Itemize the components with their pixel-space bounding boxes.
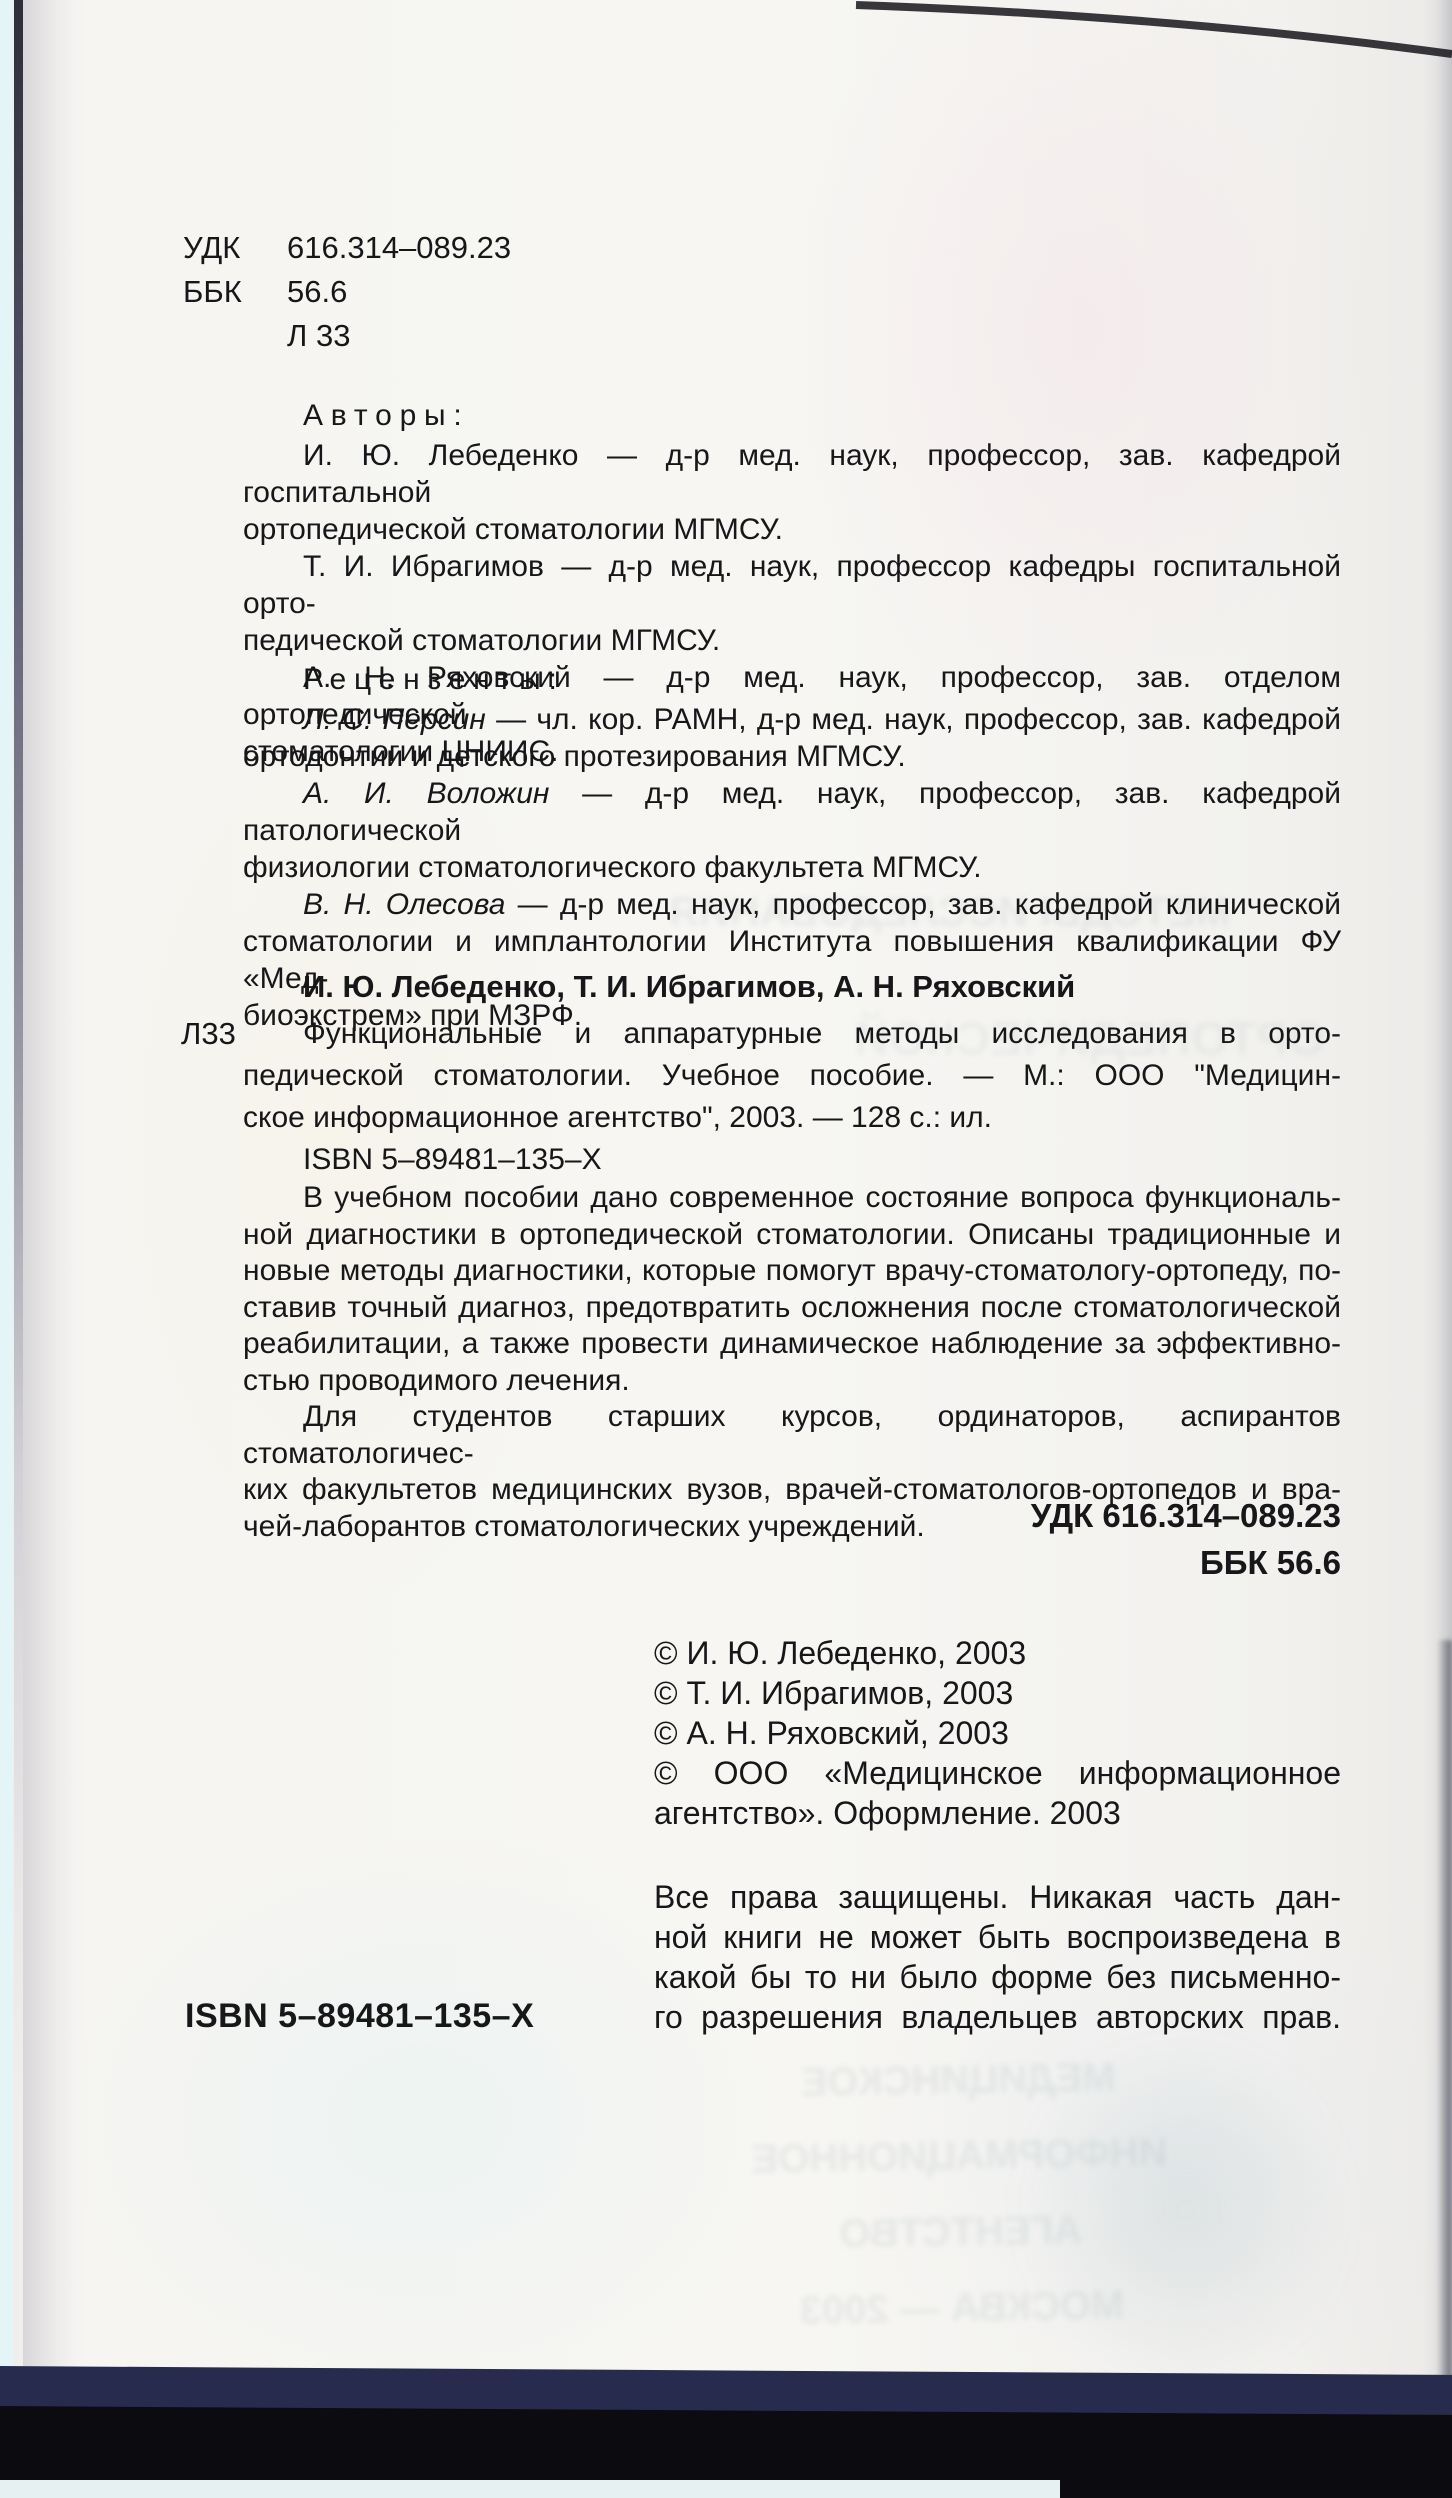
text-line: педической стоматологии. Учебное пособие…	[243, 1055, 1341, 1097]
authors-heading: Авторы:	[303, 399, 470, 433]
cutter-spacer	[183, 314, 287, 358]
top-right-corner-crease	[0, 0, 1452, 80]
text-line: реабилитации, а также провести динамичес…	[243, 1326, 1341, 1363]
text-line: педической стоматологии МГМСУ.	[243, 622, 1341, 659]
udk-label: УДК	[183, 226, 287, 270]
catalog-isbn: ISBN 5–89481–135–X	[243, 1139, 1341, 1181]
reviewer-entry: Л. С. Персин — чл. кор. РАМН, д-р мед. н…	[243, 701, 1341, 775]
text-line: Для студентов старших курсов, ординаторо…	[243, 1399, 1341, 1472]
text-line: го разрешения владельцев авторских прав.	[654, 1997, 1341, 2037]
text-line: стью проводимого лечения.	[243, 1363, 1341, 1400]
isbn-number: ISBN 5–89481–135–X	[185, 1997, 534, 2036]
catalog-entry: Функциональные и аппаратурные методы исс…	[243, 1013, 1341, 1181]
left-edge-shading	[23, 0, 78, 2370]
reviewer-entry: А. И. Воложин — д-р мед. наук, профессор…	[243, 775, 1341, 886]
reviewers-heading: Рецензенты:	[303, 663, 565, 697]
bleedthrough-figure-ghost	[1020, 2040, 1350, 2380]
text-line: ной книги не может быть воспроизведена в	[654, 1917, 1341, 1957]
annotation-paragraph: В учебном пособии дано современное состо…	[243, 1180, 1341, 1399]
classification-codes-right: УДК 616.314–089.23 ББК 56.6	[243, 1492, 1341, 1586]
cutter-row: Л 33	[183, 314, 511, 358]
reviewer-name: В. Н. Олесова	[303, 888, 505, 921]
author-entry: Т. И. Ибрагимов — д-р мед. наук, професс…	[243, 548, 1341, 659]
reviewer-entry: В. Н. Олесова — д-р мед. наук, профессор…	[243, 886, 1341, 1034]
bbk-value: 56.6	[287, 270, 511, 314]
catalog-description: Функциональные и аппаратурные методы исс…	[243, 1013, 1341, 1139]
text-line: агентство». Оформление. 2003	[654, 1793, 1341, 1833]
reviewer-name: Л. С. Персин	[303, 703, 486, 736]
text-line: © ООО «Медицинское информационное	[654, 1753, 1341, 1793]
text-line: © И. Ю. Лебеденко, 2003	[654, 1633, 1341, 1673]
bbk-row: ББК 56.6	[183, 270, 511, 314]
text-line: физиологии стоматологического факультета…	[243, 849, 1341, 886]
scan-left-edge-strip	[0, 0, 13, 2498]
text-line: ной диагностики в ортопедической стомато…	[243, 1217, 1341, 1254]
text-line: ставив точный диагноз, предотвратить осл…	[243, 1290, 1341, 1327]
bbk-line: ББК 56.6	[243, 1539, 1341, 1586]
text-line: © А. Н. Ряховский, 2003	[654, 1713, 1341, 1753]
text-line: А. И. Воложин — д-р мед. наук, профессор…	[243, 775, 1341, 849]
text-line: В учебном пособии дано современное состо…	[243, 1180, 1341, 1217]
udk-row: УДК 616.314–089.23	[183, 226, 511, 270]
reviewer-name: А. И. Воложин	[303, 777, 549, 810]
bbk-label: ББК	[183, 270, 287, 314]
cutter-number: Л 33	[287, 314, 511, 358]
classification-codes: УДК 616.314–089.23 ББК 56.6 Л 33	[183, 226, 511, 358]
text-line: Т. И. Ибрагимов — д-р мед. наук, професс…	[243, 548, 1341, 622]
text-line: © Т. И. Ибрагимов, 2003	[654, 1673, 1341, 1713]
text-line: какой бы то ни было форме без письменно-	[654, 1957, 1341, 1997]
catalog-cutter-number: Л33	[181, 1013, 236, 1055]
text-line: ортопедической стоматологии МГМСУ.	[243, 511, 1341, 548]
scanned-book-imprint-page: МЕТОДЫ ИССЛЕДОВАНИЯ ОРТОПЕДИЧЕСКОЙ МЕДИЦ…	[0, 0, 1452, 2498]
udk-value: 616.314–089.23	[287, 226, 511, 270]
bottom-light-strip	[0, 2480, 1060, 2498]
catalog-authors-line: И. Ю. Лебеденко, Т. И. Ибрагимов, А. Н. …	[303, 969, 1075, 1005]
right-edge-dark-sliver	[1437, 1640, 1452, 2380]
udk-line: УДК 616.314–089.23	[243, 1492, 1341, 1539]
text-line: В. Н. Олесова — д-р мед. наук, профессор…	[243, 886, 1341, 923]
author-entry: И. Ю. Лебеденко — д-р мед. наук, професс…	[243, 437, 1341, 548]
text-line: ортодонтии и детского протезирования МГМ…	[243, 738, 1341, 775]
copyright-block: © И. Ю. Лебеденко, 2003© Т. И. Ибрагимов…	[654, 1633, 1341, 1833]
rights-notice: Все права защищены. Никакая часть дан-но…	[654, 1877, 1341, 2037]
text-line: ское информационное агентство", 2003. — …	[243, 1097, 1341, 1139]
book-spine-shadow	[14, 0, 23, 2100]
text-line: Все права защищены. Никакая часть дан-	[654, 1877, 1341, 1917]
annotation: В учебном пособии дано современное состо…	[243, 1180, 1341, 1545]
text-line: И. Ю. Лебеденко — д-р мед. наук, професс…	[243, 437, 1341, 511]
text-line: новые методы диагностики, которые помогу…	[243, 1253, 1341, 1290]
text-line: Л. С. Персин — чл. кор. РАМН, д-р мед. н…	[243, 701, 1341, 738]
text-line: Функциональные и аппаратурные методы исс…	[243, 1013, 1341, 1055]
